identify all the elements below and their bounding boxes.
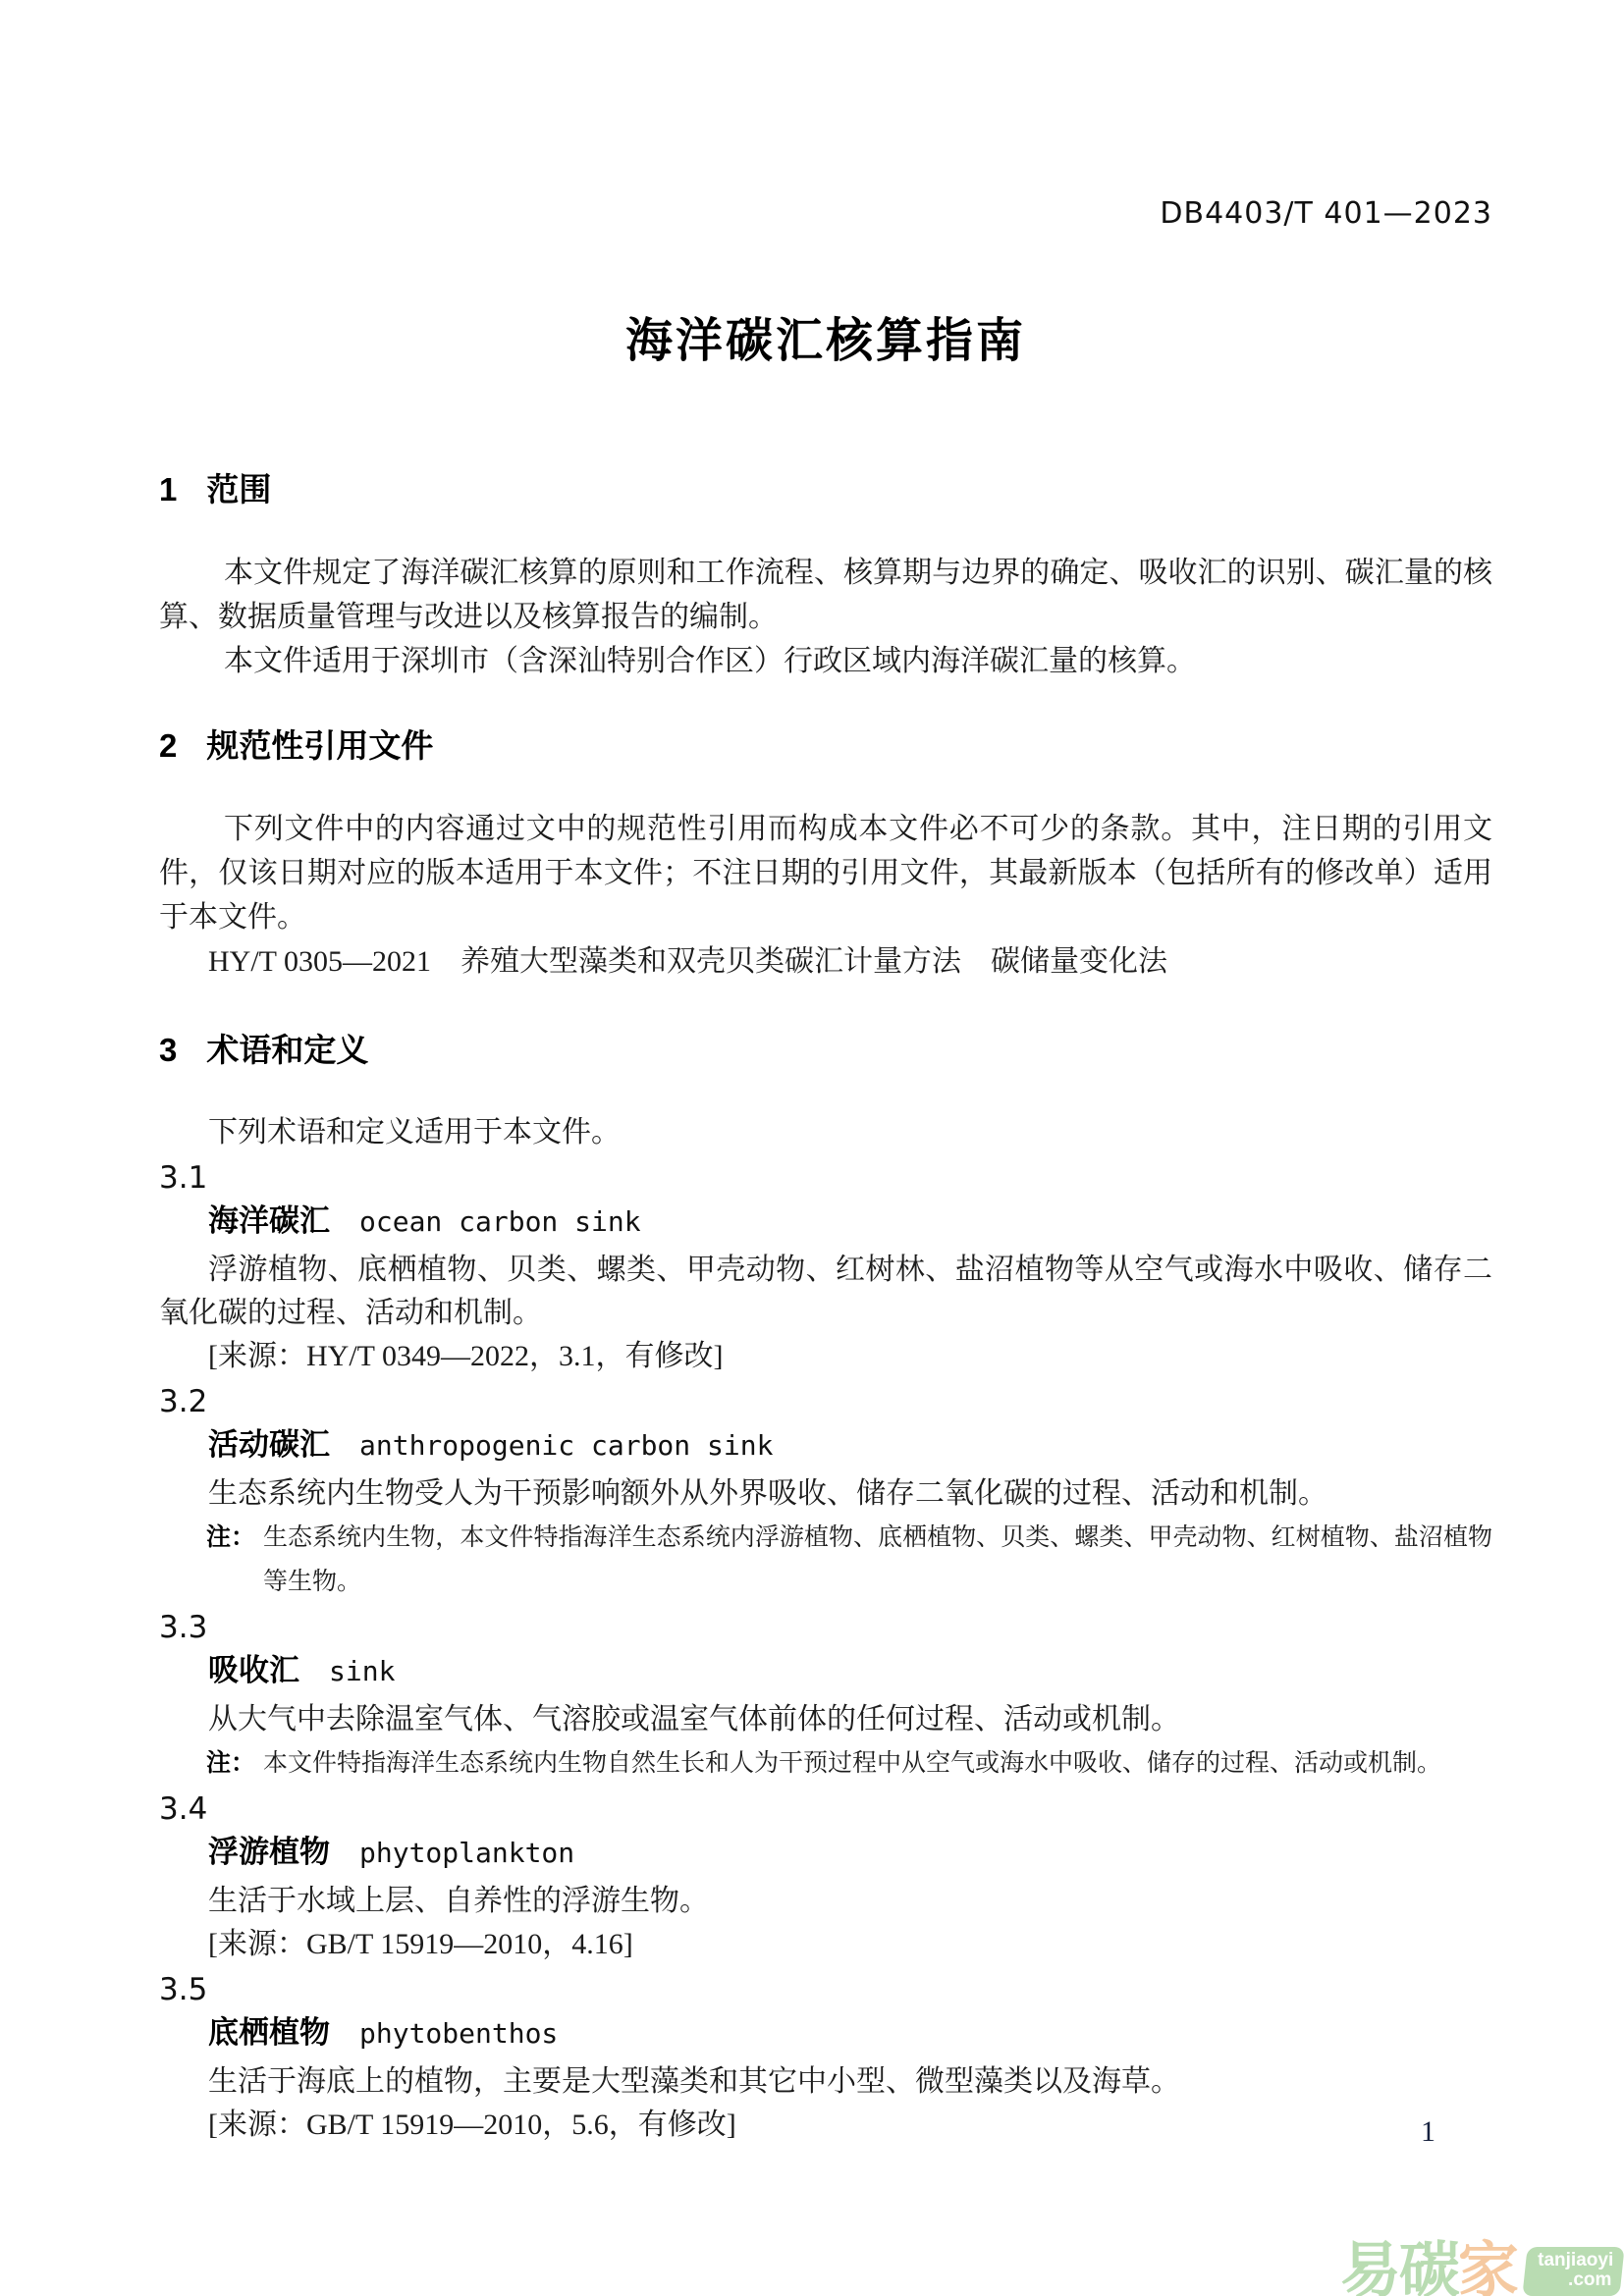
section-terms-definitions: 3术语和定义 下列术语和定义适用于本文件。 3.1 海洋碳汇ocean carb…	[159, 1031, 1492, 2147]
section-2-number: 2	[159, 727, 177, 764]
term-english: phytoplankton	[359, 1837, 574, 1869]
terms-intro: 下列术语和定义适用于本文件。	[159, 1111, 1492, 1154]
term-english: sink	[329, 1655, 395, 1687]
section-1-title: 范围	[206, 471, 271, 507]
section-2-heading: 2规范性引用文件	[159, 726, 1492, 766]
section-1-heading: 1范围	[159, 470, 1492, 509]
term-heading: 活动碳汇anthropogenic carbon sink	[159, 1423, 1492, 1472]
term-number: 3.4	[159, 1788, 1492, 1831]
section-2-title: 规范性引用文件	[206, 727, 433, 764]
term-note: 注： 生态系统内生物，本文件特指海洋生态系统内浮游植物、底栖植物、贝类、螺类、甲…	[159, 1516, 1492, 1604]
page-content: DB4403/T 401—2023 海洋碳汇核算指南 1范围 本文件规定了海洋碳…	[159, 194, 1492, 2147]
term-chinese: 海洋碳汇	[208, 1203, 330, 1238]
section-normative-references: 2规范性引用文件 下列文件中的内容通过文中的规范性引用而构成本文件必不可少的条款…	[159, 726, 1492, 984]
document-page: DB4403/T 401—2023 海洋碳汇核算指南 1范围 本文件规定了海洋碳…	[0, 0, 1624, 2296]
term-number: 3.3	[159, 1606, 1492, 1649]
section-3-number: 3	[159, 1032, 177, 1068]
section-3-heading: 3术语和定义	[159, 1031, 1492, 1070]
watermark-badge-tld: .com	[1568, 2270, 1611, 2290]
term-heading: 底栖植物phytobenthos	[159, 2011, 1492, 2060]
watermark-badge: tanjiaoyi .com	[1522, 2247, 1624, 2296]
term-definition: 生活于海底上的植物，主要是大型藻类和其它中小型、微型藻类以及海草。	[159, 2060, 1492, 2104]
term-definition: 生活于水域上层、自养性的浮游生物。	[159, 1880, 1492, 1923]
term-3-4: 3.4 浮游植物phytoplankton 生活于水域上层、自养性的浮游生物。 …	[159, 1788, 1492, 1966]
reference-entry: HY/T 0305—2021 养殖大型藻类和双壳贝类碳汇计量方法 碳储量变化法	[159, 939, 1492, 984]
term-definition: 生态系统内生物受人为干预影响额外从外界吸收、储存二氧化碳的过程、活动和机制。	[159, 1472, 1492, 1516]
references-paragraph: 下列文件中的内容通过文中的规范性引用而构成本文件必不可少的条款。其中，注日期的引…	[159, 807, 1492, 939]
term-source: [来源：GB/T 15919—2010，4.16]	[159, 1923, 1492, 1966]
term-number: 3.1	[159, 1156, 1492, 1200]
watermark-logo: 易碳 家 tanjiaoyi .com	[1340, 2241, 1622, 2296]
section-scope: 1范围 本文件规定了海洋碳汇核算的原则和工作流程、核算期与边界的确定、吸收汇的识…	[159, 470, 1492, 683]
page-number: 1	[1421, 2112, 1435, 2152]
watermark-badge-domain: tanjiaoyi	[1538, 2251, 1613, 2270]
term-number: 3.2	[159, 1380, 1492, 1423]
watermark-text-orange: 家	[1458, 2241, 1517, 2296]
term-chinese: 活动碳汇	[208, 1427, 330, 1462]
term-3-2: 3.2 活动碳汇anthropogenic carbon sink 生态系统内生…	[159, 1380, 1492, 1604]
term-3-1: 3.1 海洋碳汇ocean carbon sink 浮游植物、底栖植物、贝类、螺…	[159, 1156, 1492, 1378]
section-1-number: 1	[159, 471, 177, 507]
note-label: 注：	[206, 1741, 255, 1786]
term-heading: 吸收汇sink	[159, 1649, 1492, 1698]
note-text: 本文件特指海洋生态系统内生物自然生长和人为干预过程中从空气或海水中吸收、储存的过…	[263, 1741, 1492, 1786]
term-chinese: 浮游植物	[208, 1835, 330, 1869]
term-english: phytobenthos	[359, 2017, 558, 2050]
term-english: anthropogenic carbon sink	[359, 1429, 773, 1462]
term-chinese: 吸收汇	[208, 1653, 299, 1687]
term-source: [来源：GB/T 15919—2010，5.6，有修改]	[159, 2104, 1492, 2147]
term-heading: 浮游植物phytoplankton	[159, 1831, 1492, 1880]
term-source: [来源：HY/T 0349—2022，3.1，有修改]	[159, 1335, 1492, 1378]
scope-paragraph-1: 本文件规定了海洋碳汇核算的原则和工作流程、核算期与边界的确定、吸收汇的识别、碳汇…	[159, 551, 1492, 639]
term-chinese: 底栖植物	[208, 2015, 330, 2050]
standard-number: DB4403/T 401—2023	[1160, 196, 1492, 231]
scope-paragraph-2: 本文件适用于深圳市（含深汕特别合作区）行政区域内海洋碳汇量的核算。	[159, 639, 1492, 683]
term-3-5: 3.5 底栖植物phytobenthos 生活于海底上的植物，主要是大型藻类和其…	[159, 1968, 1492, 2147]
term-number: 3.5	[159, 1968, 1492, 2011]
term-note: 注： 本文件特指海洋生态系统内生物自然生长和人为干预过程中从空气或海水中吸收、储…	[159, 1741, 1492, 1786]
watermark-text-green: 易碳	[1340, 2241, 1458, 2296]
note-text: 生态系统内生物，本文件特指海洋生态系统内浮游植物、底栖植物、贝类、螺类、甲壳动物…	[263, 1516, 1492, 1604]
document-title: 海洋碳汇核算指南	[159, 311, 1492, 372]
term-heading: 海洋碳汇ocean carbon sink	[159, 1200, 1492, 1249]
document-header: DB4403/T 401—2023	[159, 194, 1492, 239]
section-3-title: 术语和定义	[206, 1032, 368, 1068]
term-3-3: 3.3 吸收汇sink 从大气中去除温室气体、气溶胶或温室气体前体的任何过程、活…	[159, 1606, 1492, 1786]
term-definition: 从大气中去除温室气体、气溶胶或温室气体前体的任何过程、活动或机制。	[159, 1698, 1492, 1741]
term-definition: 浮游植物、底栖植物、贝类、螺类、甲壳动物、红树林、盐沼植物等从空气或海水中吸收、…	[159, 1249, 1492, 1335]
note-label: 注：	[206, 1516, 255, 1604]
term-english: ocean carbon sink	[359, 1205, 641, 1238]
